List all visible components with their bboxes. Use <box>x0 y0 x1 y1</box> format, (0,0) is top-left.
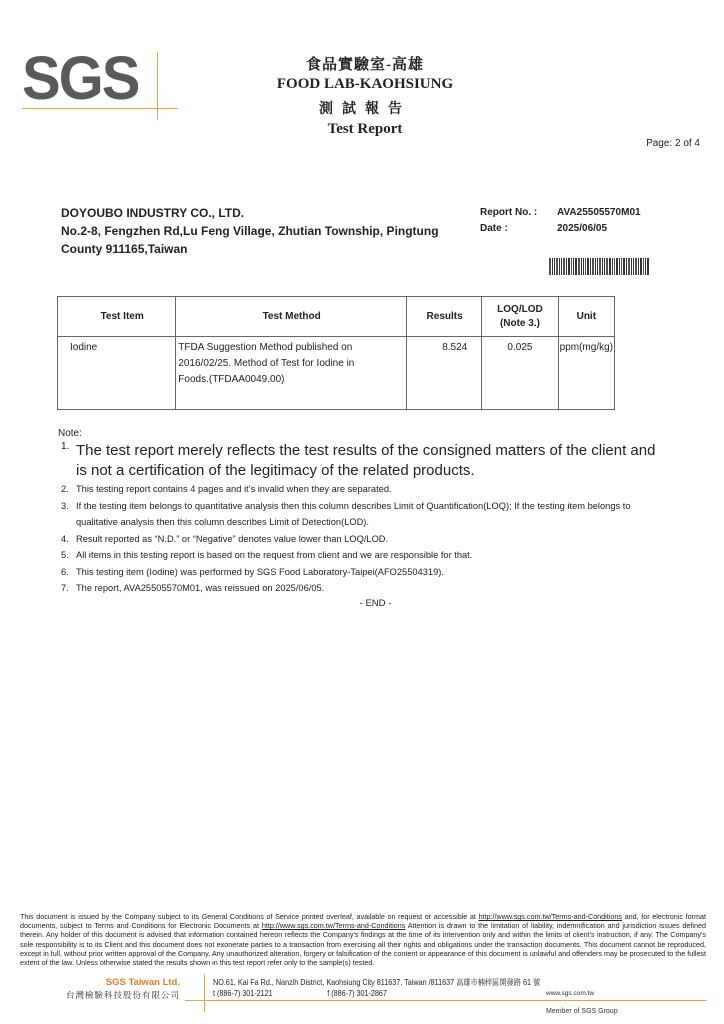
barcode <box>549 258 667 275</box>
company-name-chinese: 台灣檢驗科技股份有限公司 <box>40 989 180 1001</box>
terms-link[interactable]: http://www.sgs.com.tw/Terms-and-Conditio… <box>479 912 622 921</box>
report-title-chinese: 測試報告 <box>200 98 530 118</box>
note-text: If the testing item belongs to quantitat… <box>76 501 631 528</box>
footer-horizontal-line <box>185 1000 707 1001</box>
report-title-english: Test Report <box>200 121 530 138</box>
note-item: 1.The test report merely reflects the te… <box>58 441 668 481</box>
note-text: Result reported as “N.D.” or “Negative” … <box>76 534 388 544</box>
table-row: Iodine TFDA Suggestion Method published … <box>58 337 615 410</box>
cell-test-item: Iodine <box>58 337 176 410</box>
note-item: 6.This testing item (Iodine) was perform… <box>58 564 668 581</box>
note-number: 6. <box>61 564 69 581</box>
member-of-sgs-group: Member of SGS Group <box>546 1008 618 1015</box>
report-date-label: Date : <box>480 221 557 237</box>
note-number: 4. <box>61 531 69 548</box>
note-item: 7.The report, AVA25505570M01, was reissu… <box>58 580 668 597</box>
client-address-line2: County 911165,Taiwan <box>61 240 439 258</box>
logo-vertical-line <box>157 52 158 120</box>
header-test-item: Test Item <box>58 297 176 337</box>
header-loq-lod-line1: LOQ/LOD <box>497 304 543 315</box>
cell-test-method: TFDA Suggestion Method published on 2016… <box>176 337 407 410</box>
note-text: This testing report contains 4 pages and… <box>76 484 392 494</box>
results-table: Test Item Test Method Results LOQ/LOD(No… <box>57 296 615 410</box>
footer-company: SGS Taiwan Ltd. 台灣檢驗科技股份有限公司 <box>40 977 180 1001</box>
company-contact: t (886-7) 301-2121f (886-7) 301-2867 <box>213 989 387 998</box>
end-marker: - END - <box>58 598 668 609</box>
client-address-line1: No.2-8, Fengzhen Rd,Lu Feng Village, Zhu… <box>61 222 439 240</box>
report-number: AVA25505570M01 <box>557 207 641 218</box>
lab-name-english: FOOD LAB-KAOHSIUNG <box>200 76 530 93</box>
footer-vertical-line <box>204 974 205 1012</box>
report-info: Report No. :AVA25505570M01 Date :2025/06… <box>480 205 641 237</box>
header-loq-lod-note: (Note 3.) <box>500 318 540 329</box>
note-item: 2.This testing report contains 4 pages a… <box>58 481 668 498</box>
note-text: The report, AVA25505570M01, was reissued… <box>76 583 324 593</box>
header-results: Results <box>406 297 481 337</box>
header-test-method: Test Method <box>176 297 407 337</box>
method-line: 2016/02/25. Method of Test for Iodine in <box>178 356 405 372</box>
disclaimer-text: This document is issued by the Company s… <box>20 912 479 921</box>
report-date: 2025/06/05 <box>557 223 607 234</box>
note-number: 2. <box>61 481 69 498</box>
cell-unit: ppm(mg/kg) <box>558 337 614 410</box>
note-item: 4.Result reported as “N.D.” or “Negative… <box>58 531 668 548</box>
company-address: NO.61, Kai Fa Rd., Nanzih District, Kaoh… <box>213 977 540 988</box>
header-unit: Unit <box>558 297 614 337</box>
fax: f (886-7) 301-2867 <box>327 989 387 998</box>
electronic-terms-link[interactable]: http://www.sgs.com.tw/Terms-and-Conditio… <box>262 921 405 930</box>
note-number: 5. <box>61 547 69 564</box>
method-line: TFDA Suggestion Method published on <box>178 340 405 356</box>
note-number: 3. <box>61 498 69 515</box>
report-number-label: Report No. : <box>480 205 557 221</box>
telephone: t (886-7) 301-2121 <box>213 989 273 998</box>
company-name-english: SGS Taiwan Ltd. <box>40 977 180 988</box>
website[interactable]: www.sgs.com.tw <box>546 990 594 997</box>
page-number: Page: 2 of 4 <box>646 138 700 149</box>
note-text: The test report merely reflects the test… <box>76 442 655 479</box>
note-number: 7. <box>61 580 69 597</box>
logo-horizontal-line <box>22 108 178 109</box>
sgs-logo: SGS <box>22 49 139 110</box>
note-number: 1. <box>61 437 69 457</box>
note-text: This testing item (Iodine) was performed… <box>76 567 444 577</box>
notes-section: Note: 1.The test report merely reflects … <box>58 428 668 609</box>
cell-result: 8.524 <box>406 337 481 410</box>
note-item: 5.All items in this testing report is ba… <box>58 547 668 564</box>
client-block: DOYOUBO INDUSTRY CO., LTD. No.2-8, Fengz… <box>61 204 439 258</box>
cell-loq-lod: 0.025 <box>482 337 558 410</box>
method-line: Foods.(TFDAA0049.00) <box>178 372 405 388</box>
note-item: 3.If the testing item belongs to quantit… <box>58 498 668 531</box>
header-loq-lod: LOQ/LOD(Note 3.) <box>482 297 558 337</box>
lab-name-chinese: 食品實驗室-高雄 <box>200 53 530 74</box>
legal-disclaimer: This document is issued by the Company s… <box>20 912 706 967</box>
notes-heading: Note: <box>58 428 668 439</box>
note-text: All items in this testing report is base… <box>76 550 472 560</box>
client-name: DOYOUBO INDUSTRY CO., LTD. <box>61 204 439 222</box>
